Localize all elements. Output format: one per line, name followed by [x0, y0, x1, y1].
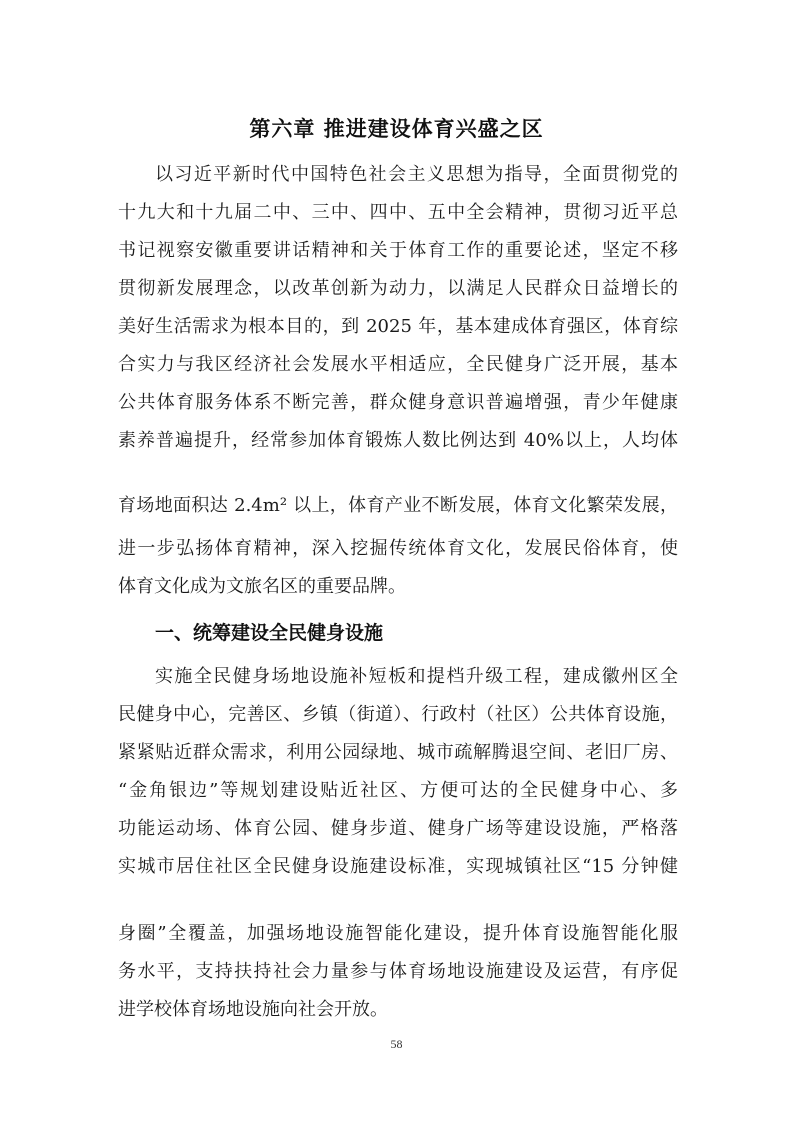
paragraph-line: 素养普遍提升，经常参加体育锻炼人数比例达到 40%以上，人均体: [118, 429, 678, 453]
paragraph-line: “金角银边”等规划建设贴近社区、方便可达的全民健身中心、多: [118, 779, 678, 803]
paragraph-line: 十九大和十九届二中、三中、四中、五中全会精神，贯彻习近平总: [118, 201, 678, 225]
paragraph-line: 务水平，支持扶持社会力量参与体育场地设施建设及运营，有序促: [118, 960, 678, 984]
paragraph-line: 以习近平新时代中国特色社会主义思想为指导，全面贯彻党的: [155, 163, 678, 187]
paragraph-line: 功能运动场、体育公园、健身步道、健身广场等建设设施，严格落: [118, 817, 678, 841]
paragraph-line: 公共体育服务体系不断完善，群众健身意识普遍增强，青少年健康: [118, 391, 678, 415]
paragraph-line: 进一步弘扬体育精神，深入挖掘传统体育文化，发展民俗体育，使: [118, 537, 678, 561]
chapter-title: 第六章 推进建设体育兴盛之区: [0, 113, 793, 143]
paragraph-line: 紧紧贴近群众需求，利用公园绿地、城市疏解腾退空间、老旧厂房、: [118, 741, 678, 765]
paragraph-line: 育场地面积达 2.4m² 以上，体育产业不断发展，体育文化繁荣发展，: [118, 494, 678, 518]
paragraph-line: 书记视察安徽重要讲话精神和关于体育工作的重要论述，坚定不移: [118, 239, 678, 263]
paragraph-line: 体育文化成为文旅名区的重要品牌。: [118, 575, 678, 599]
paragraph-line: 美好生活需求为根本目的，到 2025 年，基本建成体育强区，体育综: [118, 315, 678, 339]
page-number: 58: [0, 1037, 793, 1052]
section-heading: 一、统筹建设全民健身设施: [155, 621, 383, 645]
paragraph-line: 合实力与我区经济社会发展水平相适应，全民健身广泛开展，基本: [118, 353, 678, 377]
paragraph-line: 实施全民健身场地设施补短板和提档升级工程，建成徽州区全: [155, 665, 678, 689]
paragraph-line: 身圈”全覆盖，加强场地设施智能化建设，提升体育设施智能化服: [118, 922, 678, 946]
document-page: 第六章 推进建设体育兴盛之区 以习近平新时代中国特色社会主义思想为指导，全面贯彻…: [0, 0, 793, 1122]
paragraph-line: 民健身中心，完善区、乡镇（街道）、行政村（社区）公共体育设施，: [118, 703, 678, 727]
paragraph-line: 进学校体育场地设施向社会开放。: [118, 998, 678, 1022]
paragraph-line: 实城市居住社区全民健身设施建设标准，实现城镇社区“15 分钟健: [118, 855, 678, 879]
paragraph-line: 贯彻新发展理念，以改革创新为动力，以满足人民群众日益增长的: [118, 277, 678, 301]
